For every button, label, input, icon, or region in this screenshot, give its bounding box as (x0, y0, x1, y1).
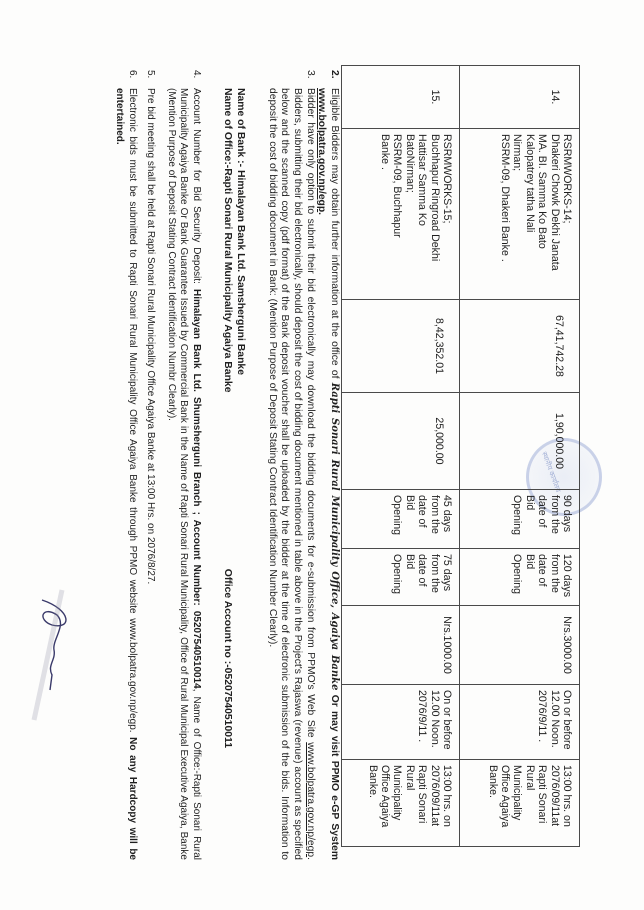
note-text-part: Electronic bids must be submitted to Rap… (127, 88, 138, 737)
work-name-line: RSRM-09, Buchhapur (391, 134, 403, 294)
note-6: 6. Electronic bids must be submitted to … (113, 70, 138, 860)
work-name: RSRMWORKS-15;Buchhapur Ringroad DekhiHat… (342, 129, 460, 300)
serial-number: 15. (342, 66, 460, 129)
note-number: 4. (164, 70, 202, 88)
bid-table: 14. RSRMWORKS-14;Dhakeri Chowk Dekhi Jan… (341, 65, 580, 847)
egp-link[interactable]: www.bolpatra.gov.np/egp (305, 742, 316, 857)
note-5: 5. Pre bid meeting shall be held at Rapt… (143, 70, 156, 860)
work-name-line: BatoNirman; (403, 134, 415, 294)
note-number: 3. (265, 70, 316, 88)
bid-security: 1,90,000.00 (460, 393, 580, 490)
last-submission-date: On or before 12.00 Noon. 2076/9/11 . (460, 685, 580, 760)
cost-estimate: 67,41,742.28 (460, 300, 580, 393)
document-fee: Nrs.3000.00 (460, 606, 580, 685)
note-text-part: Eligible Bidders may obtain further info… (329, 88, 340, 383)
work-name-line: MA. BI. Samma Ko Bato (536, 134, 548, 294)
work-name-line: Hattisar Samma Ko (416, 134, 428, 294)
table-row: 14. RSRMWORKS-14;Dhakeri Chowk Dekhi Jan… (460, 66, 580, 847)
note-text: Electronic bids must be submitted to Rap… (113, 88, 138, 860)
note-number: 2. (314, 70, 340, 88)
note-number: 5. (143, 70, 156, 88)
work-name: RSRMWORKS-14;Dhakeri Chowk Dekhi JanataM… (460, 129, 580, 300)
opening-date: 13:00 hrs. on 2076/09/11at Rapti Sonari … (342, 760, 460, 847)
office-account: Office Account no :-05207540510011 (220, 569, 233, 748)
note-text-part: Bidder have only option to submit their … (305, 88, 316, 742)
document-fee: Nrs.1000.00 (342, 606, 460, 685)
cost-estimate: 8,42,352.01 (342, 300, 460, 393)
work-name-line: RSRMWORKS-14; (561, 134, 573, 294)
bank-info: Name of Bank :- Himalayan Bank Ltd. Sams… (220, 70, 246, 860)
serial-number: 14. (460, 66, 580, 129)
bid-validity: 90 days from the date of Bid Opening (460, 490, 580, 549)
signature (22, 580, 82, 730)
note-2: 2. Eligible Bidders may obtain further i… (314, 70, 340, 860)
note-4: 4. Account Number for Bid Security Depos… (164, 70, 202, 860)
work-name-line: Nirman; (511, 134, 523, 294)
note-3: 3. Bidder have only option to submit the… (265, 70, 316, 860)
note-text: Bidder have only option to submit their … (265, 88, 316, 860)
note-text-part: Account Number for Bid Security Deposit: (191, 88, 202, 289)
work-name-line: Dhakeri Chowk Dekhi Janata (548, 134, 560, 294)
note-text: Pre bid meeting shall be held at Rapti S… (143, 88, 156, 860)
bid-validity: 45 days from the date of Bid Opening (342, 490, 460, 549)
work-name-line: Banke . (379, 134, 391, 294)
security-validity: 75 days from the date of Bid Opening (342, 549, 460, 606)
note-text: Eligible Bidders may obtain further info… (314, 88, 340, 860)
work-name-line: RSRMWORKS-15; (441, 134, 453, 294)
security-validity: 120 days from the date of Bid Opening (460, 549, 580, 606)
bid-security: 25,000.00 (342, 393, 460, 490)
office-name: Rapti Sonari Rural Municipality Office, … (329, 383, 340, 691)
office-row: Name of Office:-Rapti Sonari Rural Munic… (220, 88, 233, 748)
bid-security-account: Himalayan Bank Ltd. Shumsherguni Branch … (191, 289, 202, 689)
note-text-part: . (316, 212, 327, 215)
last-submission-date: On or before 12.00 Noon. 2076/9/11 . (342, 685, 460, 760)
bank-name-row: Name of Bank :- Himalayan Bank Ltd. Sams… (233, 88, 246, 748)
work-name-line: RSRM-09, Dhakeri Banke . (499, 134, 511, 294)
note-number: 6. (113, 70, 138, 88)
table-row: 15. RSRMWORKS-15;Buchhapur Ringroad Dekh… (342, 66, 460, 847)
bank-name: Name of Bank :- Himalayan Bank Ltd. Sams… (233, 88, 246, 375)
work-name-line: Buchhapur Ringroad Dekhi (428, 134, 440, 294)
tender-notice-page: स्थानीय कार्यालय 14. RSRMWORKS-14;Dhaker… (0, 0, 644, 910)
egp-link[interactable]: www.bolpatra.gov.np/egp (316, 88, 327, 212)
office-name: Name of Office:-Rapti Sonari Rural Munic… (220, 88, 233, 392)
work-name-line: Kalopatrey tatha Nali (523, 134, 535, 294)
note-text-part: Or may visit PPMO e-GP System (329, 690, 340, 860)
opening-date: 13:00 hrs. on 2076/09/11at Rapti Sonari … (460, 760, 580, 847)
note-text: Account Number for Bid Security Deposit:… (164, 88, 202, 860)
